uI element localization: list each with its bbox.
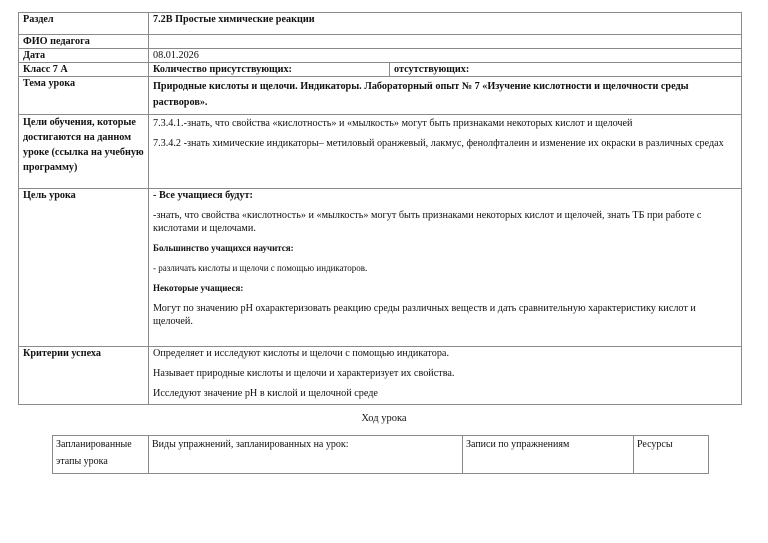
absent-count-label: отсутствующих: <box>390 63 742 77</box>
criteria-item: Называет природные кислоты и щелочи и ха… <box>153 367 737 380</box>
date-value: 08.01.2026 <box>149 49 742 63</box>
topic-label: Тема урока <box>19 77 149 115</box>
teacher-value <box>149 35 742 49</box>
plan-header-notes: Записи по упражнениям <box>463 436 634 474</box>
goals-cell: 7.3.4.1.-знать, что свойства «кислотност… <box>149 115 742 189</box>
class-label: Класс 7 А <box>19 63 149 77</box>
criteria-cell: Определяет и исследуют кислоты и щелочи … <box>149 347 742 405</box>
plan-header-stages: Запланированные этапы урока <box>53 436 149 474</box>
criteria-label: Критерии успеха <box>19 347 149 405</box>
lesson-flow-title: Ход урока <box>0 413 768 424</box>
date-label: Дата <box>19 49 149 63</box>
goals-label: Цели обучения, которые достигаются на да… <box>19 115 149 189</box>
lesson-info-table: Раздел 7.2В Простые химические реакции Ф… <box>18 12 742 405</box>
aim-most-heading: Большинство учащихся научится: <box>153 242 737 255</box>
section-label: Раздел <box>19 13 149 35</box>
present-count-label: Количество присутствующих: <box>149 63 390 77</box>
aim-most-text: - различать кислоты и щелочи с помощью и… <box>153 262 737 275</box>
criteria-item: Определяет и исследуют кислоты и щелочи … <box>153 347 737 360</box>
lesson-plan-table: Запланированные этапы урока Виды упражне… <box>52 435 709 474</box>
teacher-label: ФИО педагога <box>19 35 149 49</box>
goal-item: 7.3.4.2 -знать химические индикаторы– ме… <box>153 137 737 150</box>
aim-some-text: Могут по значению pH охарактеризовать ре… <box>153 302 737 328</box>
aim-all-heading: - Все учащиеся будут: <box>153 189 737 202</box>
criteria-item: Исследуют значение pH в кислой и щелочно… <box>153 387 737 400</box>
topic-value: Природные кислоты и щелочи. Индикаторы. … <box>149 77 742 115</box>
aim-all-text: -знать, что свойства «кислотность» и «мы… <box>153 209 737 235</box>
section-value: 7.2В Простые химические реакции <box>149 13 742 35</box>
plan-header-exercises: Виды упражнений, запланированных на урок… <box>149 436 463 474</box>
goal-item: 7.3.4.1.-знать, что свойства «кислотност… <box>153 117 737 130</box>
plan-header-resources: Ресурсы <box>634 436 709 474</box>
aim-label: Цель урока <box>19 189 149 347</box>
aim-some-heading: Некоторые учащиеся: <box>153 282 737 295</box>
aim-cell: - Все учащиеся будут: -знать, что свойст… <box>149 189 742 347</box>
